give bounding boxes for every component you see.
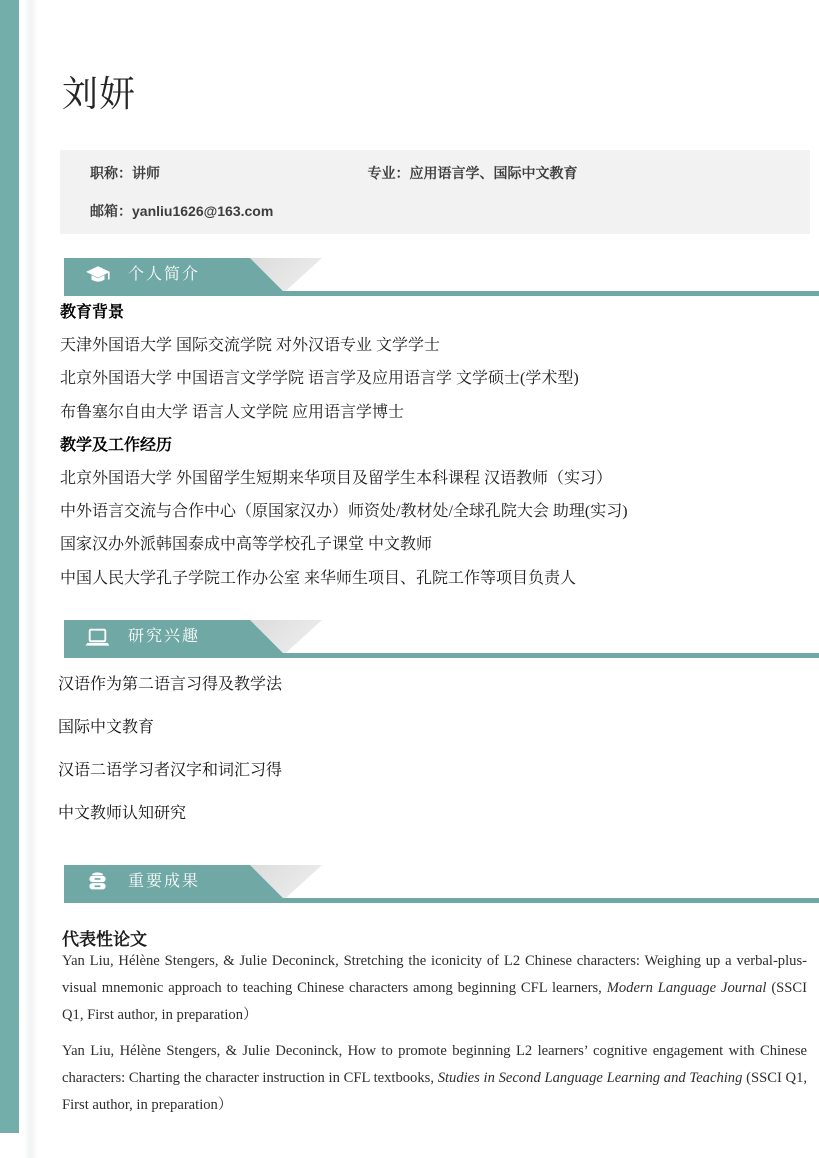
- resume-page: 刘妍 职称：讲师 专业：应用语言学、国际中文教育 邮箱：yanliu1626@1…: [0, 0, 819, 1158]
- work-subheading: 教学及工作经历: [60, 429, 810, 462]
- major-field: 专业：应用语言学、国际中文教育: [367, 163, 577, 183]
- education-item: 北京外国语大学 中国语言文学学院 语言学及应用语言学 文学硕士(学术型): [60, 362, 810, 395]
- archive-drawers-icon: [84, 869, 111, 896]
- email-label: 邮箱：: [90, 203, 132, 219]
- candidate-name: 刘妍: [62, 66, 136, 117]
- section-title: 研究兴趣: [128, 620, 200, 654]
- paper-citation: Yan Liu, Hélène Stengers, & Julie Deconi…: [62, 1038, 807, 1120]
- left-accent-bar: [0, 0, 19, 1133]
- section-ribbon: 个人简介: [64, 258, 284, 292]
- education-subheading: 教育背景: [60, 296, 810, 329]
- publications-heading: 代表性论文: [62, 925, 147, 950]
- title-label: 职称：: [90, 165, 132, 181]
- email-value: yanliu1626@163.com: [132, 203, 273, 219]
- section-header-research: 研究兴趣: [64, 620, 819, 658]
- research-item: 汉语二语学习者汉字和词汇习得: [58, 749, 808, 792]
- section-header-achievements: 重要成果: [64, 865, 819, 903]
- research-section-body: 汉语作为第二语言习得及教学法 国际中文教育 汉语二语学习者汉字和词汇习得 中文教…: [58, 663, 808, 835]
- page-edge-shadow: [24, 0, 38, 1158]
- journal-name: Modern Language Journal: [607, 980, 767, 996]
- title-field: 职称：讲师: [90, 163, 363, 183]
- profile-section-body: 教育背景 天津外国语大学 国际交流学院 对外汉语专业 文学学士 北京外国语大学 …: [60, 296, 810, 595]
- section-header-profile: 个人简介: [64, 258, 819, 296]
- education-item: 天津外国语大学 国际交流学院 对外汉语专业 文学学士: [60, 329, 810, 362]
- work-item: 中外语言交流与合作中心（原国家汉办）师资处/教材处/全球孔院大会 助理(实习): [60, 495, 810, 528]
- paper-citation: Yan Liu, Hélène Stengers, & Julie Deconi…: [62, 948, 807, 1030]
- section-ribbon: 研究兴趣: [64, 620, 284, 654]
- section-title: 个人简介: [128, 258, 200, 292]
- research-item: 国际中文教育: [58, 706, 808, 749]
- info-row: 职称：讲师 专业：应用语言学、国际中文教育: [90, 163, 577, 183]
- work-item: 国家汉办外派韩国泰成中高等学校孔子课堂 中文教师: [60, 528, 810, 561]
- laptop-icon: [84, 624, 111, 651]
- major-label: 专业：: [367, 165, 409, 181]
- email-field: 邮箱：yanliu1626@163.com: [90, 201, 273, 221]
- major-value: 应用语言学、国际中文教育: [409, 165, 577, 181]
- title-value: 讲师: [132, 165, 160, 181]
- work-item: 北京外国语大学 外国留学生短期来华项目及留学生本科课程 汉语教师（实习）: [60, 462, 810, 495]
- info-row: 邮箱：yanliu1626@163.com: [90, 201, 273, 221]
- research-item: 汉语作为第二语言习得及教学法: [58, 663, 808, 706]
- section-ribbon: 重要成果: [64, 865, 284, 899]
- journal-name: Studies in Second Language Learning and …: [438, 1070, 743, 1086]
- work-item: 中国人民大学孔子学院工作办公室 来华师生项目、孔院工作等项目负责人: [60, 562, 810, 595]
- education-item: 布鲁塞尔自由大学 语言人文学院 应用语言学博士: [60, 396, 810, 429]
- research-item: 中文教师认知研究: [58, 792, 808, 835]
- graduation-cap-icon: [84, 262, 111, 289]
- section-title: 重要成果: [128, 865, 200, 899]
- contact-info-box: 职称：讲师 专业：应用语言学、国际中文教育 邮箱：yanliu1626@163.…: [60, 150, 810, 234]
